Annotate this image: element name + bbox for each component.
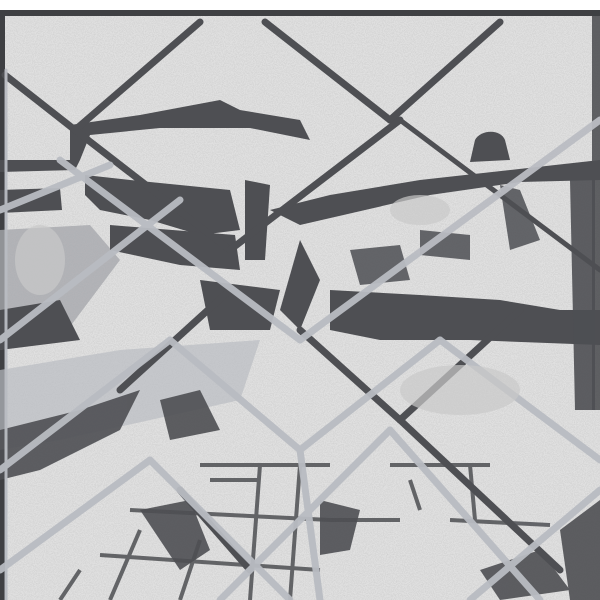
artwork-canvas (0, 10, 600, 600)
artwork-image (0, 10, 600, 600)
